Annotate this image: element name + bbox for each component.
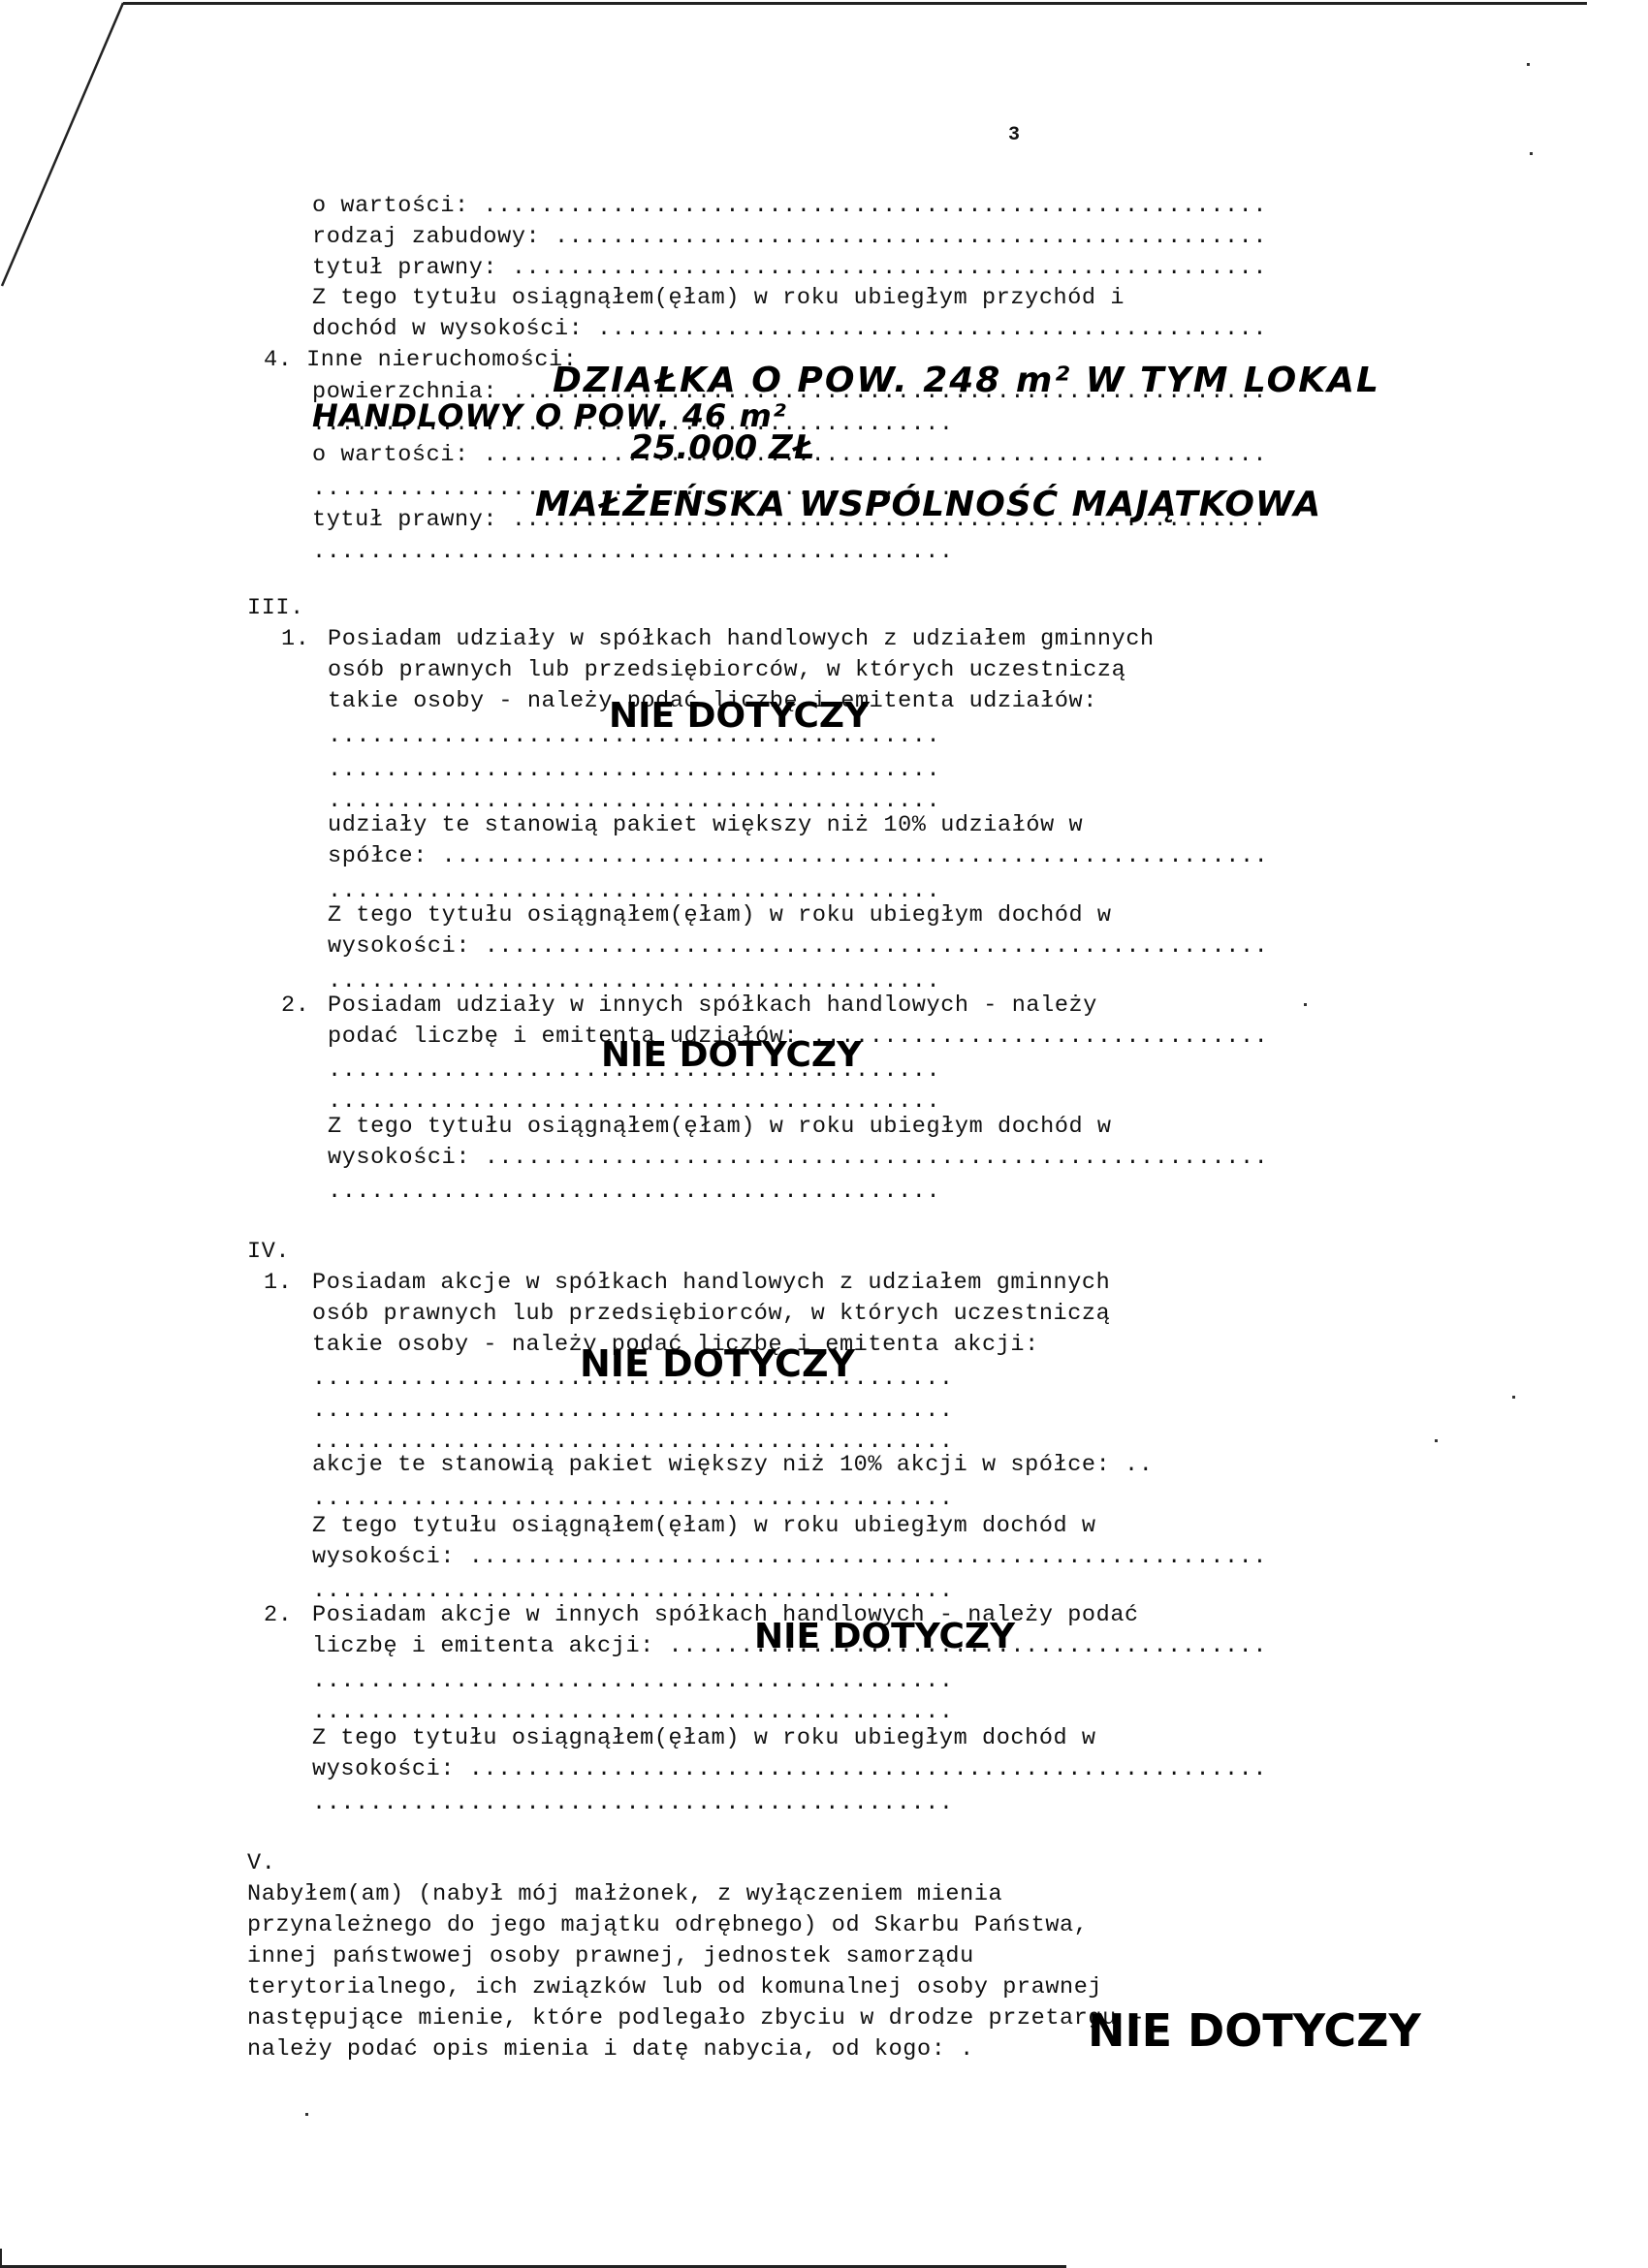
section-iii-item-1-number: 1.	[281, 625, 309, 654]
handwritten-property-value: 25.000 ZŁ	[630, 428, 814, 467]
dotted-line: ........................................…	[312, 1667, 954, 1696]
item-4-heading: 4. Inne nieruchomości:	[264, 346, 577, 375]
field-legal-title-label: tytuł prawny: ..........................…	[312, 254, 1267, 283]
section-iii-item-1-stake-field: spółce: ................................…	[328, 842, 1268, 871]
section-iv-item-2-income-text: Z tego tytułu osiągnąłem(ęłam) w roku ub…	[312, 1724, 1096, 1753]
scan-speck	[1304, 1003, 1307, 1006]
section-iii-item-1-stake-text: udziały te stanowią pakiet większy niż 1…	[328, 811, 1083, 840]
section-iii-item-2-number: 2.	[281, 992, 309, 1021]
handwritten-not-applicable: NIE DOTYCZY	[580, 1342, 855, 1385]
handwritten-not-applicable: NIE DOTYCZY	[609, 696, 870, 736]
section-iii-heading: III.	[247, 594, 304, 623]
section-v-text: przynależnego do jego majątku odrębnego)…	[247, 1911, 1088, 1940]
scan-speck	[1527, 63, 1530, 66]
section-iv-item-1-text: Posiadam akcje w spółkach handlowych z u…	[312, 1269, 1110, 1298]
section-iv-item-2-number: 2.	[264, 1601, 292, 1630]
section-iii-item-2-income-text: Z tego tytułu osiągnąłem(ęłam) w roku ub…	[328, 1113, 1112, 1142]
section-v-text: innej państwowej osoby prawnej, jednoste…	[247, 1942, 974, 1971]
section-iii-item-2-income-field: wysokości: .............................…	[328, 1144, 1268, 1173]
dotted-line: ........................................…	[328, 756, 940, 785]
scan-speck	[1435, 1439, 1438, 1442]
section-iii-item-1-text: osób prawnych lub przedsiębiorców, w któ…	[328, 656, 1125, 685]
handwritten-not-applicable: NIE DOTYCZY	[754, 1617, 1015, 1656]
section-iii-item-1-income-field: wysokości: .............................…	[328, 932, 1268, 961]
section-iii-item-2-text: Posiadam udziały w innych spółkach handl…	[328, 992, 1097, 1021]
section-iv-item-2-income-field: wysokości: .............................…	[312, 1755, 1267, 1784]
section-iii-item-1-text: Posiadam udziały w spółkach handlowych z…	[328, 625, 1155, 654]
section-iv-item-1-income-field: wysokości: .............................…	[312, 1543, 1267, 1572]
dotted-line: ........................................…	[312, 1789, 954, 1818]
scan-edge-top	[123, 2, 1587, 5]
dotted-line: ........................................…	[312, 1397, 954, 1426]
scan-edge-left	[0, 2249, 2, 2268]
scan-speck	[1530, 152, 1533, 155]
handwritten-not-applicable: NIE DOTYCZY	[1088, 2004, 1421, 2057]
field-income-label: dochód w wysokości: ....................…	[312, 315, 1267, 344]
dotted-line: ........................................…	[312, 1485, 954, 1514]
section-v-heading: V.	[247, 1849, 275, 1878]
section-v-text: Nabyłem(am) (nabył mój małżonek, z wyłąc…	[247, 1880, 1002, 1909]
section-iv-item-1-text: osób prawnych lub przedsiębiorców, w któ…	[312, 1300, 1110, 1329]
handwritten-area-line-1: DZIAŁKA O POW. 248 m² W TYM LOKAL	[553, 361, 1380, 400]
scanned-page: 3 o wartości: ..........................…	[0, 0, 1648, 2268]
scan-edge-diagonal	[0, 0, 291, 291]
income-text: Z tego tytułu osiągnąłem(ęłam) w roku ub…	[312, 284, 1125, 313]
dotted-line: ........................................…	[312, 538, 954, 567]
page-number: 3	[1008, 124, 1020, 146]
section-iii-item-1-income-text: Z tego tytułu osiągnąłem(ęłam) w roku ub…	[328, 901, 1112, 930]
section-v-text: terytorialnego, ich związków lub od komu…	[247, 1973, 1102, 2002]
scan-speck	[305, 2113, 308, 2116]
section-v-text: należy podać opis mienia i datę nabycia,…	[247, 2035, 974, 2064]
section-iv-item-1-income-text: Z tego tytułu osiągnąłem(ęłam) w roku ub…	[312, 1512, 1096, 1541]
section-v-text: następujące mienie, które podlegało zbyc…	[247, 2004, 1145, 2033]
handwritten-not-applicable: NIE DOTYCZY	[601, 1035, 862, 1075]
handwritten-legal-title: MAŁŻEŃSKA WSPÓLNOŚĆ MAJĄTKOWA	[535, 485, 1321, 524]
dotted-line: ........................................…	[328, 1178, 940, 1207]
section-iv-heading: IV.	[247, 1238, 290, 1267]
field-value-label: o wartości: ............................…	[312, 192, 1267, 221]
section-iv-item-1-stake-field: akcje te stanowią pakiet większy niż 10%…	[312, 1451, 1153, 1480]
scan-speck	[1512, 1396, 1515, 1399]
field-building-type-label: rodzaj zabudowy: .......................…	[312, 223, 1267, 252]
section-iv-item-1-number: 1.	[264, 1269, 292, 1298]
dotted-line: ........................................…	[312, 1698, 954, 1727]
